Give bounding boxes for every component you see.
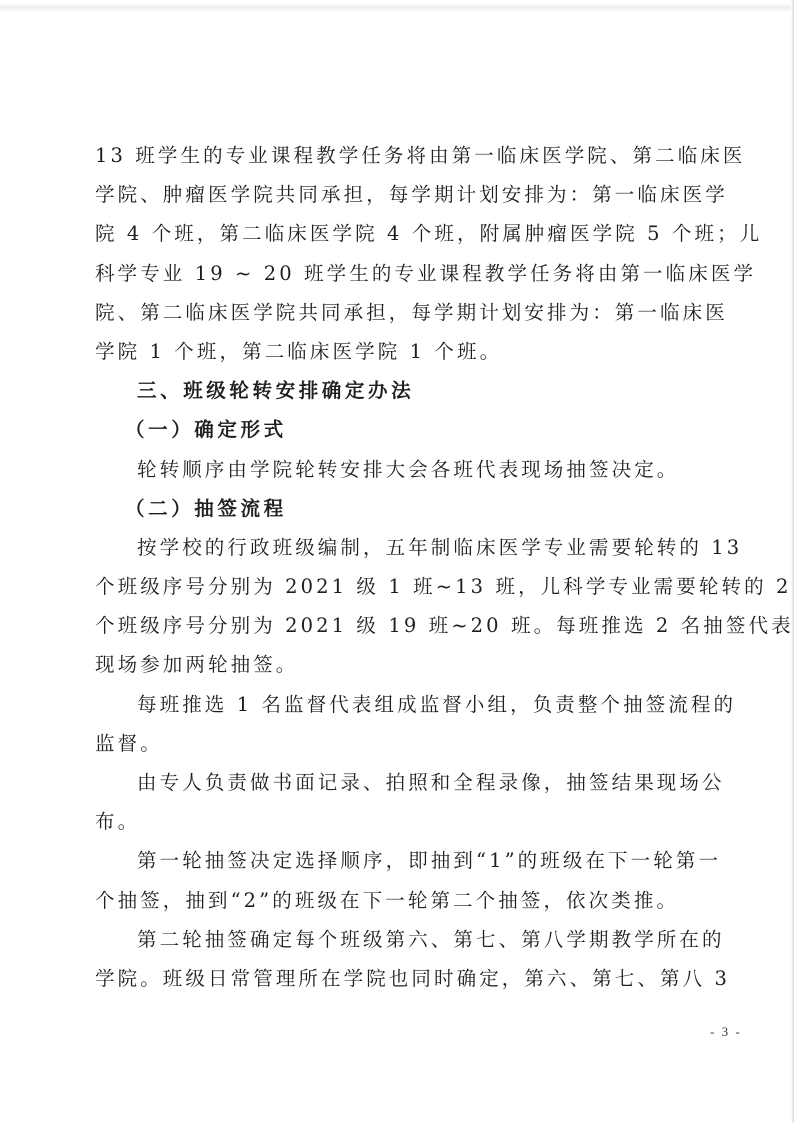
paragraph-line: 第二轮抽签确定每个班级第六、第七、第八学期教学所在的 <box>95 920 705 959</box>
paragraph-line: 按学校的行政班级编制，五年制临床医学专业需要轮转的 13 <box>95 528 705 567</box>
subsection-heading-1: （一）确定形式 <box>95 410 705 449</box>
paragraph-line: 监督。 <box>95 724 705 763</box>
paragraph-line: 个抽签，抽到“2”的班级在下一轮第二个抽签，依次类推。 <box>95 881 705 920</box>
paragraph-line: 个班级序号分别为 2021 级 1 班~13 班，儿科学专业需要轮转的 2 <box>95 567 705 606</box>
paragraph-line: 第一轮抽签决定选择顺序，即抽到“1”的班级在下一轮第一 <box>95 841 705 880</box>
paragraph-line: 由专人负责做书面记录、拍照和全程录像，抽签结果现场公 <box>95 763 705 802</box>
document-body: 13 班学生的专业课程教学任务将由第一临床医学院、第二临床医 学院、肿瘤医学院共… <box>95 136 705 998</box>
section-heading: 三、班级轮转安排确定办法 <box>95 371 705 410</box>
page-number: - 3 - <box>710 1024 742 1040</box>
body-line: 学院、肿瘤医学院共同承担，每学期计划安排为：第一临床医学 <box>95 175 705 214</box>
paragraph-line: 布。 <box>95 802 705 841</box>
paragraph-line: 个班级序号分别为 2021 级 19 班~20 班。每班推选 2 名抽签代表到 <box>95 606 705 645</box>
scan-edge-top <box>0 3 794 12</box>
body-line: 院、第二临床医学院共同承担，每学期计划安排为：第一临床医 <box>95 293 705 332</box>
paragraph-line: 现场参加两轮抽签。 <box>95 645 705 684</box>
paragraph-line: 每班推选 1 名监督代表组成监督小组，负责整个抽签流程的 <box>95 685 705 724</box>
body-line: 13 班学生的专业课程教学任务将由第一临床医学院、第二临床医 <box>95 136 705 175</box>
body-line: 学院 1 个班，第二临床医学院 1 个班。 <box>95 332 705 371</box>
subsection-1-text: 轮转顺序由学院轮转安排大会各班代表现场抽签决定。 <box>95 450 705 489</box>
body-line: 科学专业 19 ~ 20 班学生的专业课程教学任务将由第一临床医学 <box>95 254 705 293</box>
paragraph-line: 学院。班级日常管理所在学院也同时确定，第六、第七、第八 3 <box>95 959 705 998</box>
body-line: 院 4 个班，第二临床医学院 4 个班，附属肿瘤医学院 5 个班；儿 <box>95 214 705 253</box>
subsection-heading-2: （二）抽签流程 <box>95 489 705 528</box>
